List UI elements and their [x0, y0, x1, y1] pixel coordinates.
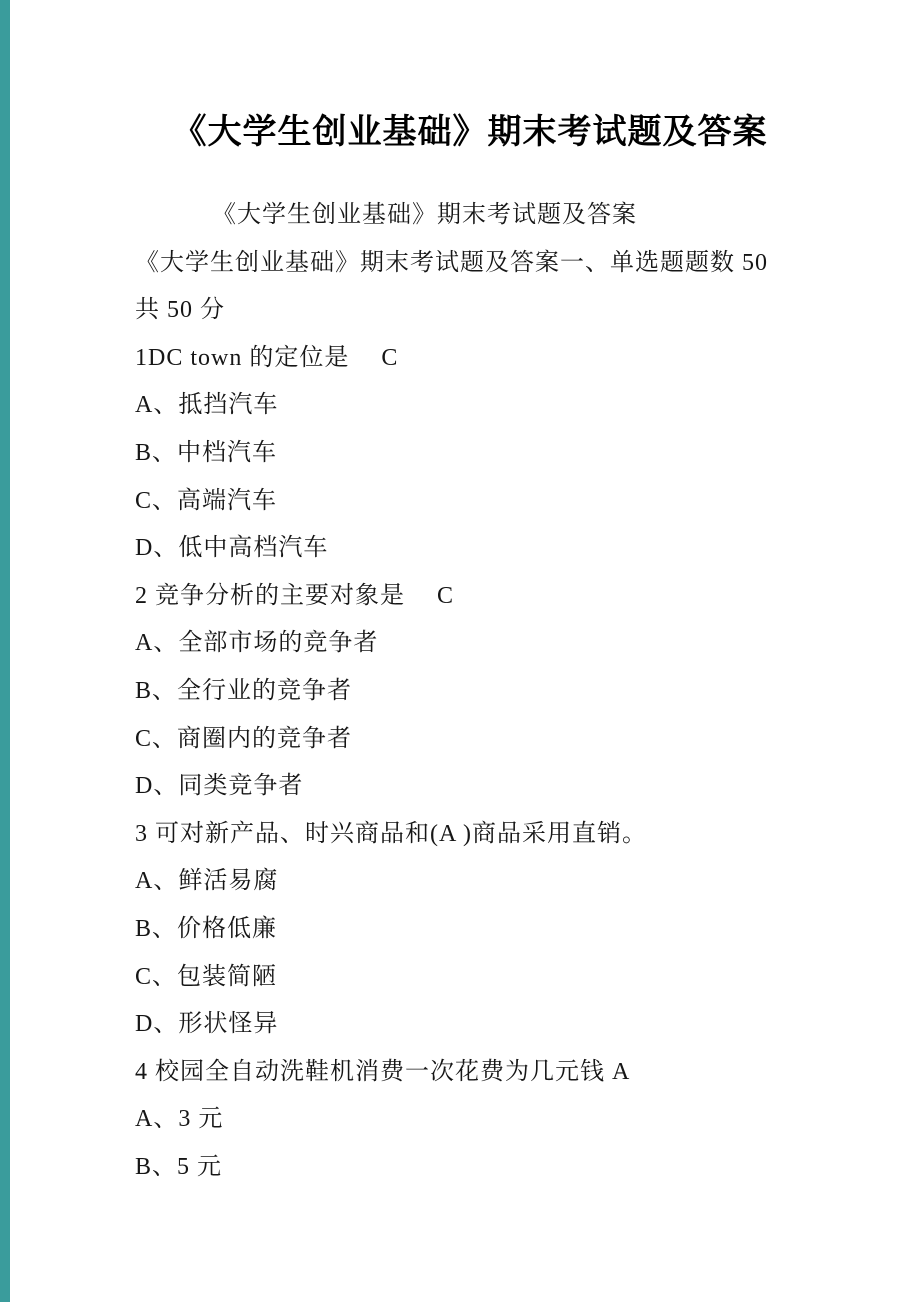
question-1: 1DC town 的定位是 C	[135, 346, 830, 370]
question-4-option-a: A、3 元	[135, 1107, 830, 1131]
document-body: 《大学生创业基础》期末考试题及答案 《大学生创业基础》期末考试题及答案一、单选题…	[0, 154, 920, 1179]
question-2: 2 竞争分析的主要对象是 C	[135, 584, 830, 608]
question-3: 3 可对新产品、时兴商品和(A )商品采用直销。	[135, 822, 830, 846]
question-2-option-d: D、同类竞争者	[135, 774, 830, 798]
question-1-option-d: D、低中高档汽车	[135, 536, 830, 560]
question-3-option-b: B、价格低廉	[135, 917, 830, 941]
page-edge-strip	[0, 0, 10, 1302]
question-2-option-a: A、全部市场的竞争者	[135, 631, 830, 655]
question-3-option-a: A、鲜活易腐	[135, 869, 830, 893]
paragraph-total-points: 共 50 分	[135, 298, 830, 322]
question-1-option-c: C、高端汽车	[135, 489, 830, 513]
question-4-option-b: B、5 元	[135, 1155, 830, 1179]
paragraph-subtitle: 《大学生创业基础》期末考试题及答案	[135, 203, 830, 227]
document-title: 《大学生创业基础》期末考试题及答案	[0, 0, 920, 154]
question-3-option-d: D、形状怪异	[135, 1012, 830, 1036]
document-page: 《大学生创业基础》期末考试题及答案 《大学生创业基础》期末考试题及答案 《大学生…	[0, 0, 920, 1302]
question-1-option-b: B、中档汽车	[135, 441, 830, 465]
question-3-option-c: C、包装简陋	[135, 965, 830, 989]
question-2-option-b: B、全行业的竞争者	[135, 679, 830, 703]
question-1-option-a: A、抵挡汽车	[135, 393, 830, 417]
question-4: 4 校园全自动洗鞋机消费一次花费为几元钱 A	[135, 1060, 830, 1084]
question-2-option-c: C、商圈内的竞争者	[135, 727, 830, 751]
paragraph-section-header: 《大学生创业基础》期末考试题及答案一、单选题题数 50	[135, 251, 830, 275]
